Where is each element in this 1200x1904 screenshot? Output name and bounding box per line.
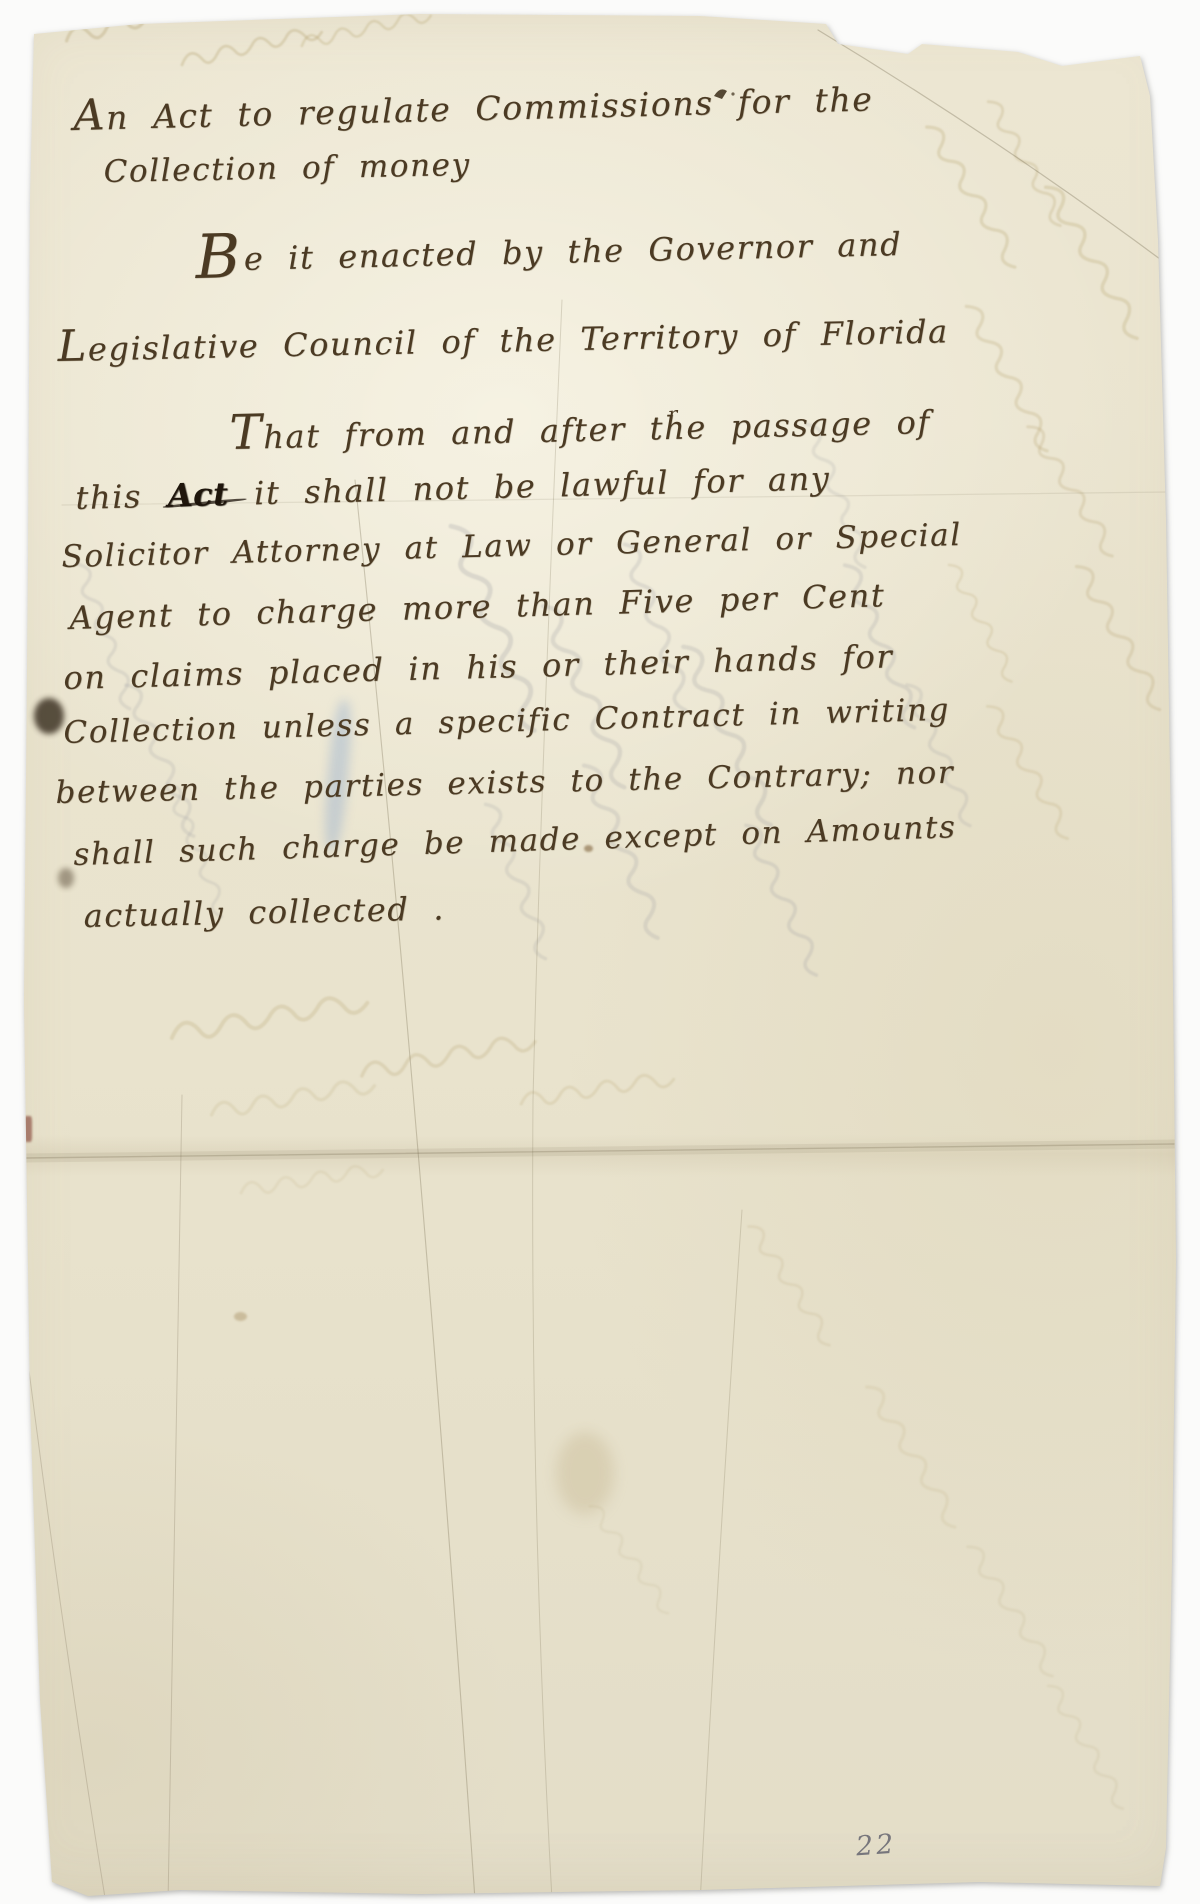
water-stain — [556, 1432, 614, 1514]
body-line-solicitor: Solicitor Attorney at Law or General or … — [61, 518, 962, 576]
body-line-between-parties: between the parties exists to the Contra… — [55, 756, 954, 812]
edge-marks — [24, 1116, 32, 1142]
body-line-enacting-clause: Be it enacted by the Governor and — [195, 226, 902, 279]
body-line-actually-collected: actually collected . — [83, 890, 445, 934]
body-line-agent-charge: Agent to charge more than Five per Cent — [69, 577, 886, 637]
page-number: 22 — [855, 1829, 897, 1863]
body-line-this-act: this Act it shall not be lawful for any — [75, 460, 831, 517]
body-line-this-act-pre: this — [75, 477, 166, 517]
body-line-on-claims: on claims placed in his or their hands f… — [63, 638, 894, 697]
body-line-shall-such-charge: shall such charge be made except on Amou… — [73, 810, 957, 873]
body-line-this-act-post: it shall not be lawful for any — [230, 459, 831, 513]
body-line-that-from: That from and after the passage of — [229, 404, 931, 457]
overwritten-word-act: Act — [165, 475, 231, 515]
manuscript-page: An Act to regulate Commissions for the C… — [0, 0, 1200, 1904]
fold-creases — [0, 0, 1200, 1904]
title-line-1: An Act to regulate Commissions for the — [73, 80, 874, 137]
photo-background: An Act to regulate Commissions for the C… — [0, 0, 1200, 1904]
body-line-legislative-council: Legislative Council of the Territory of … — [57, 313, 949, 368]
paper-texture: An Act to regulate Commissions for the C… — [0, 0, 1200, 1904]
ink-smudge — [34, 698, 64, 734]
brown-spot — [234, 1312, 247, 1321]
ink-smudge-small — [58, 868, 74, 888]
bleed-through-texture — [0, 0, 1200, 1904]
body-line-collection-unless: Collection unless a specific Contract in… — [63, 693, 950, 752]
title-line-2: Collection of money — [103, 148, 471, 191]
